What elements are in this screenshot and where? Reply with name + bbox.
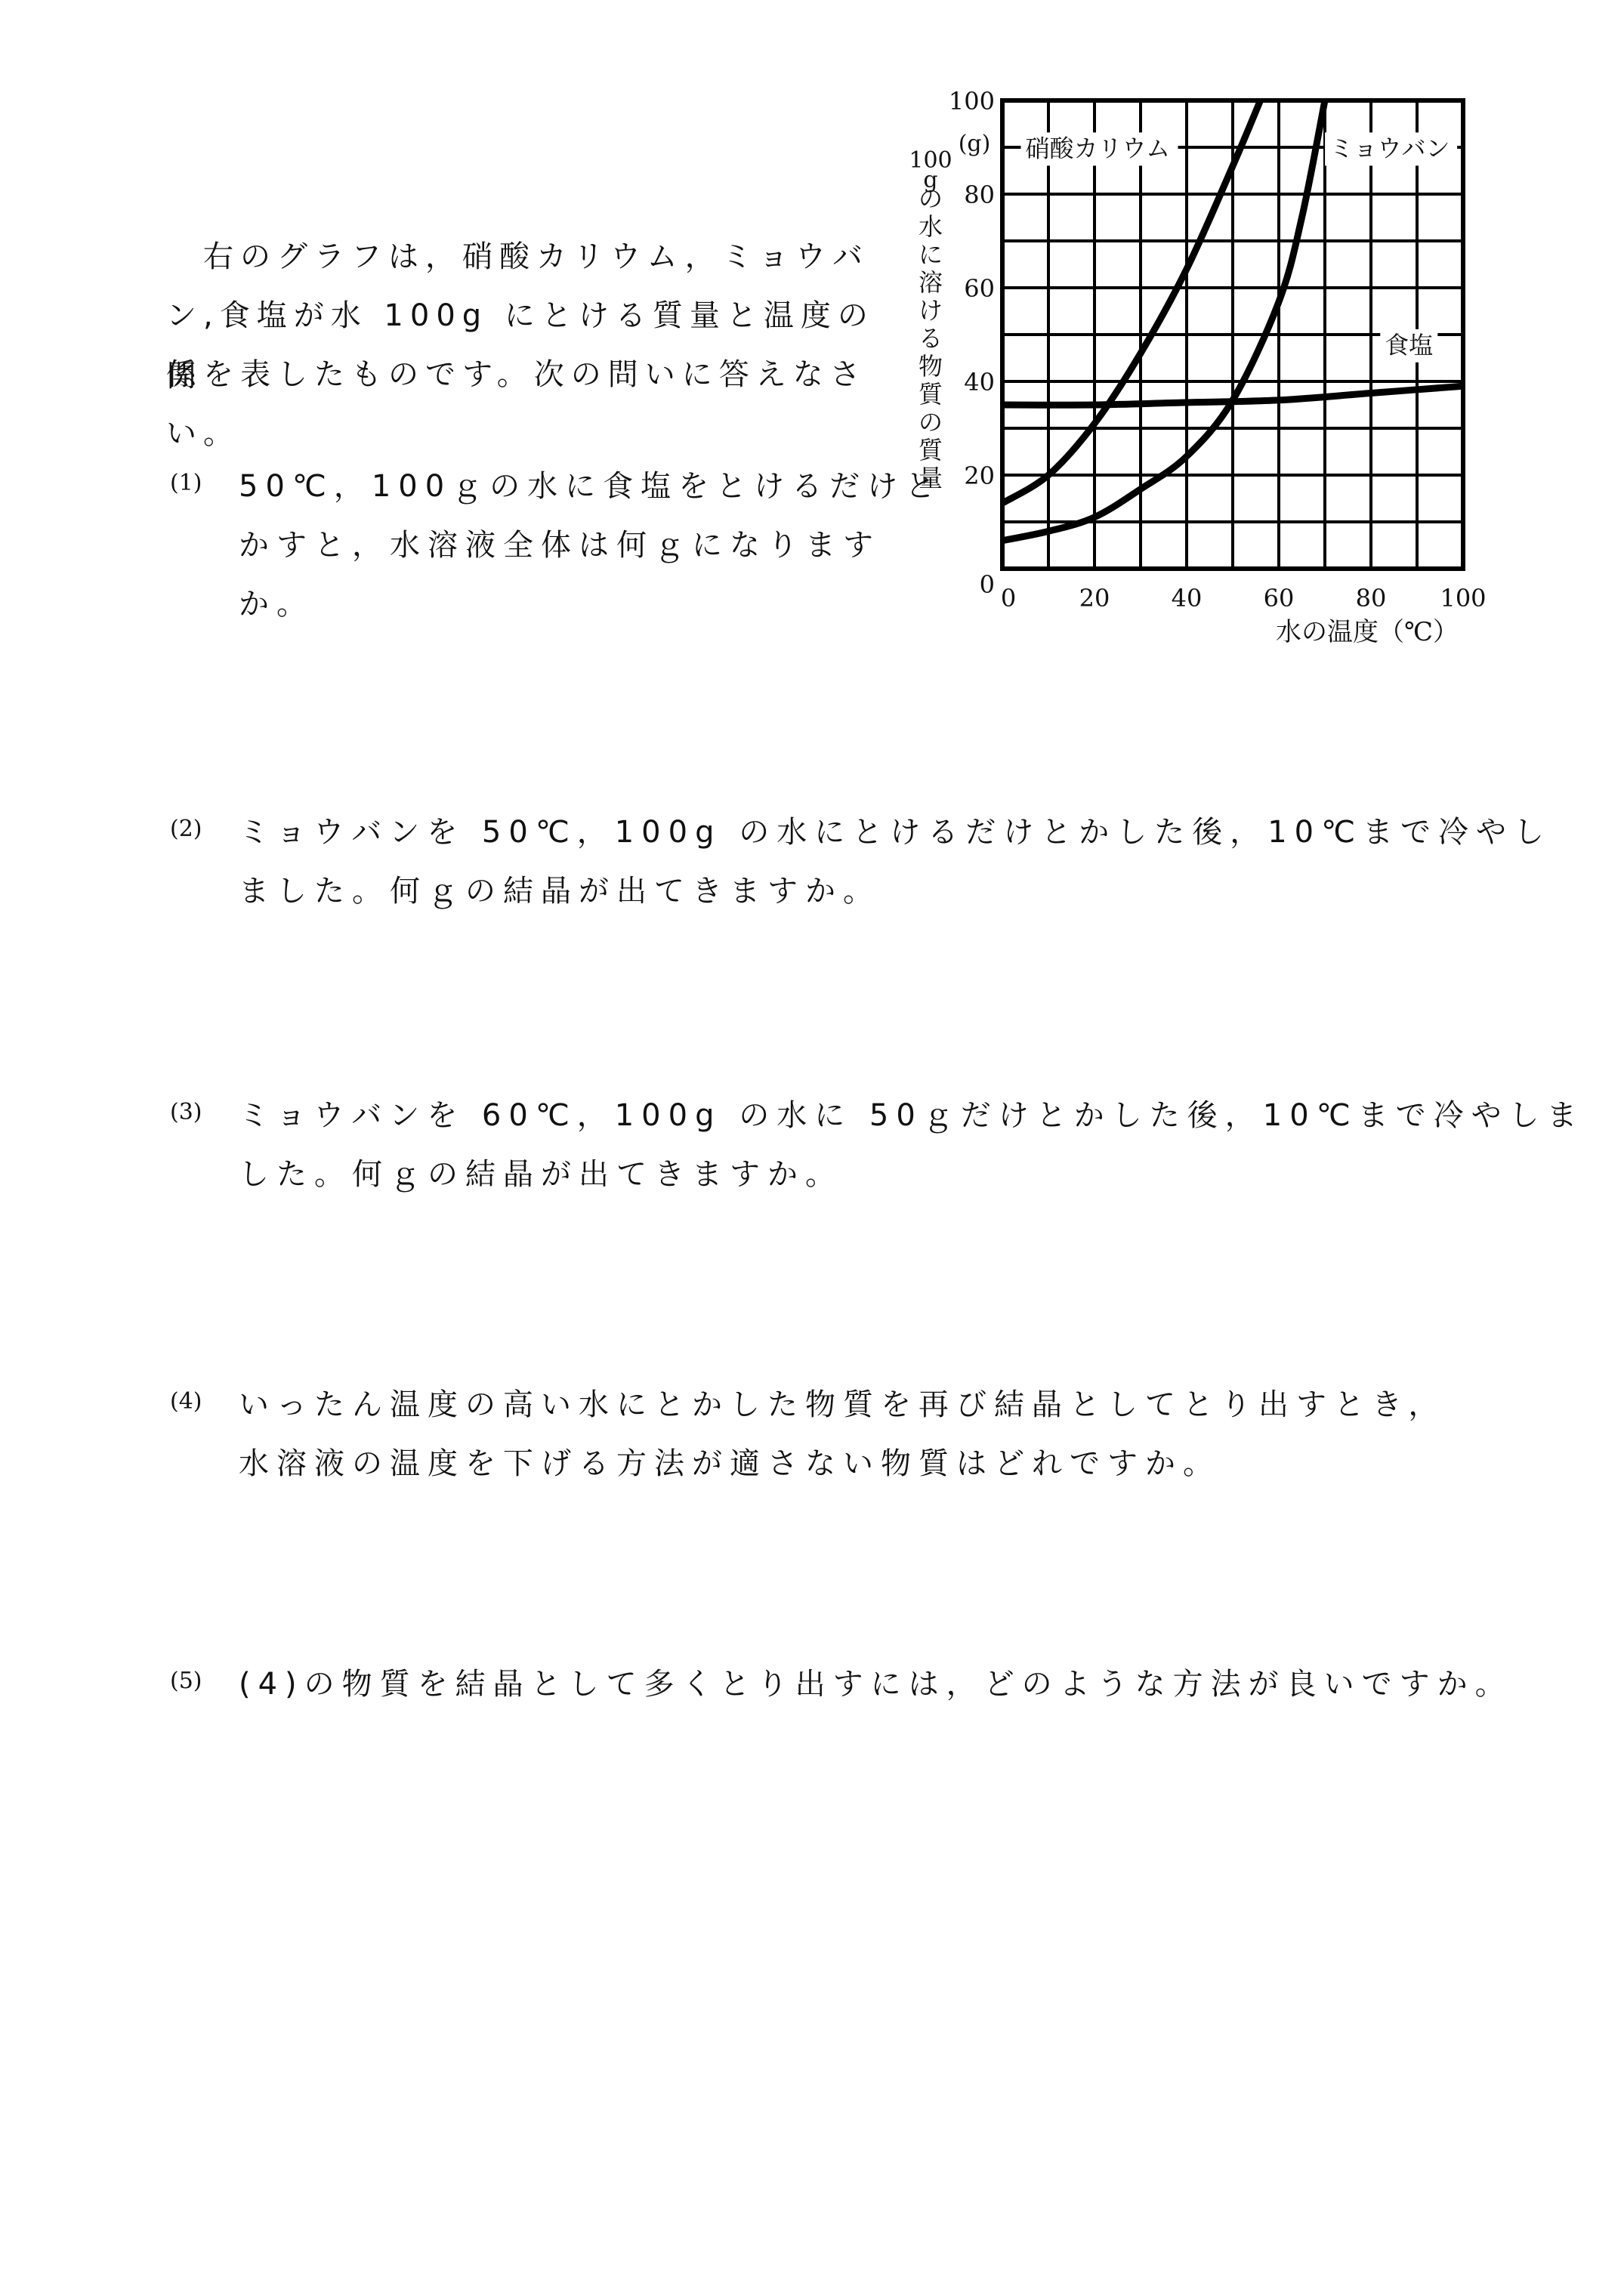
y-tick-label: 80 [964, 181, 995, 209]
y-axis-label-char: る [919, 324, 943, 353]
question-number: (4) [170, 1388, 202, 1415]
y-axis-label-char: 質 [919, 436, 943, 464]
y-axis-label-char: に [919, 240, 943, 269]
y-tick-label: 60 [964, 274, 995, 303]
x-tick-label: 80 [1356, 584, 1387, 613]
question-text-line: か。 [239, 580, 314, 623]
question-text-line: 50℃，100ｇの水に食塩をとけるだけと [239, 462, 943, 505]
series-label: 硝酸カリウム [1026, 134, 1171, 162]
question-text-line: した。何ｇの結晶が出てきますか。 [239, 1150, 843, 1193]
y-tick-label: 40 [964, 368, 995, 397]
intro-line: 右のグラフは，硝酸カリウム，ミョウバ [166, 227, 891, 285]
y-axis-label-char: 質 [919, 380, 943, 409]
x-tick-label: 0 [1001, 584, 1016, 613]
intro-line: 係を表したものです。次の問いに答えなさ [166, 344, 891, 403]
question-text-line: ました。何ｇの結晶が出てきますか。 [239, 867, 881, 910]
x-tick-label: 60 [1264, 584, 1295, 613]
question-number: (2) [170, 816, 202, 842]
chart-series-labels: 硝酸カリウムミョウバン食塩 [1021, 132, 1458, 362]
question-number: (5) [170, 1668, 202, 1694]
y-tick-label: 0 [980, 570, 995, 599]
y-axis-label-char: 水 [919, 212, 943, 241]
y-axis-label: 100gの水に溶ける物質の質量 [909, 147, 952, 492]
intro-line: ン,食塩が水 100g にとける質量と温度の関 [166, 285, 891, 344]
series-label: ミョウバン [1329, 134, 1450, 162]
x-axis-label: 水の温度（℃） [1276, 617, 1459, 647]
x-tick-label: 100 [1440, 584, 1486, 613]
question-text-line: (4)の物質を結晶として多くとり出すには，どのような方法が良いですか。 [239, 1660, 1513, 1703]
y-axis-label-char: 量 [919, 464, 943, 492]
x-tick-label: 20 [1079, 584, 1110, 613]
series-label: 食塩 [1385, 331, 1433, 360]
y-unit-label: (g) [959, 131, 991, 157]
question-text-line: ミョウバンを 50℃，100g の水にとけるだけとかした後，10℃まで冷やし [239, 808, 1551, 851]
question-text-line: いったん温度の高い水にとかした物質を再び結晶としてとり出すとき， [239, 1381, 1446, 1424]
y-tick-label: 100 [949, 87, 995, 116]
y-axis-label-char: の [919, 184, 943, 213]
question-number: (3) [170, 1099, 202, 1125]
question-text-line: ミョウバンを 60℃，100g の水に 50ｇだけとかした後，10℃まで冷やしま [239, 1091, 1585, 1134]
y-axis-label-char: 物 [919, 352, 943, 381]
question-text-line: かすと，水溶液全体は何ｇになります [239, 521, 881, 564]
intro-paragraph: 右のグラフは，硝酸カリウム，ミョウバ ン,食塩が水 100g にとける質量と温度… [166, 227, 891, 462]
question-text-line: 水溶液の温度を下げる方法が適さない物質はどれですか。 [239, 1440, 1221, 1483]
y-axis-label-char: 溶 [919, 268, 943, 297]
y-axis-label-char: け [919, 296, 943, 325]
x-tick-label: 40 [1172, 584, 1203, 613]
y-tick-label: 20 [964, 461, 995, 490]
intro-line: い。 [166, 403, 891, 462]
solubility-chart: 硝酸カリウムミョウバン食塩 020406080100020406080100 (… [891, 76, 1541, 665]
question-number: (1) [170, 470, 202, 496]
y-axis-label-char: の [919, 408, 943, 437]
